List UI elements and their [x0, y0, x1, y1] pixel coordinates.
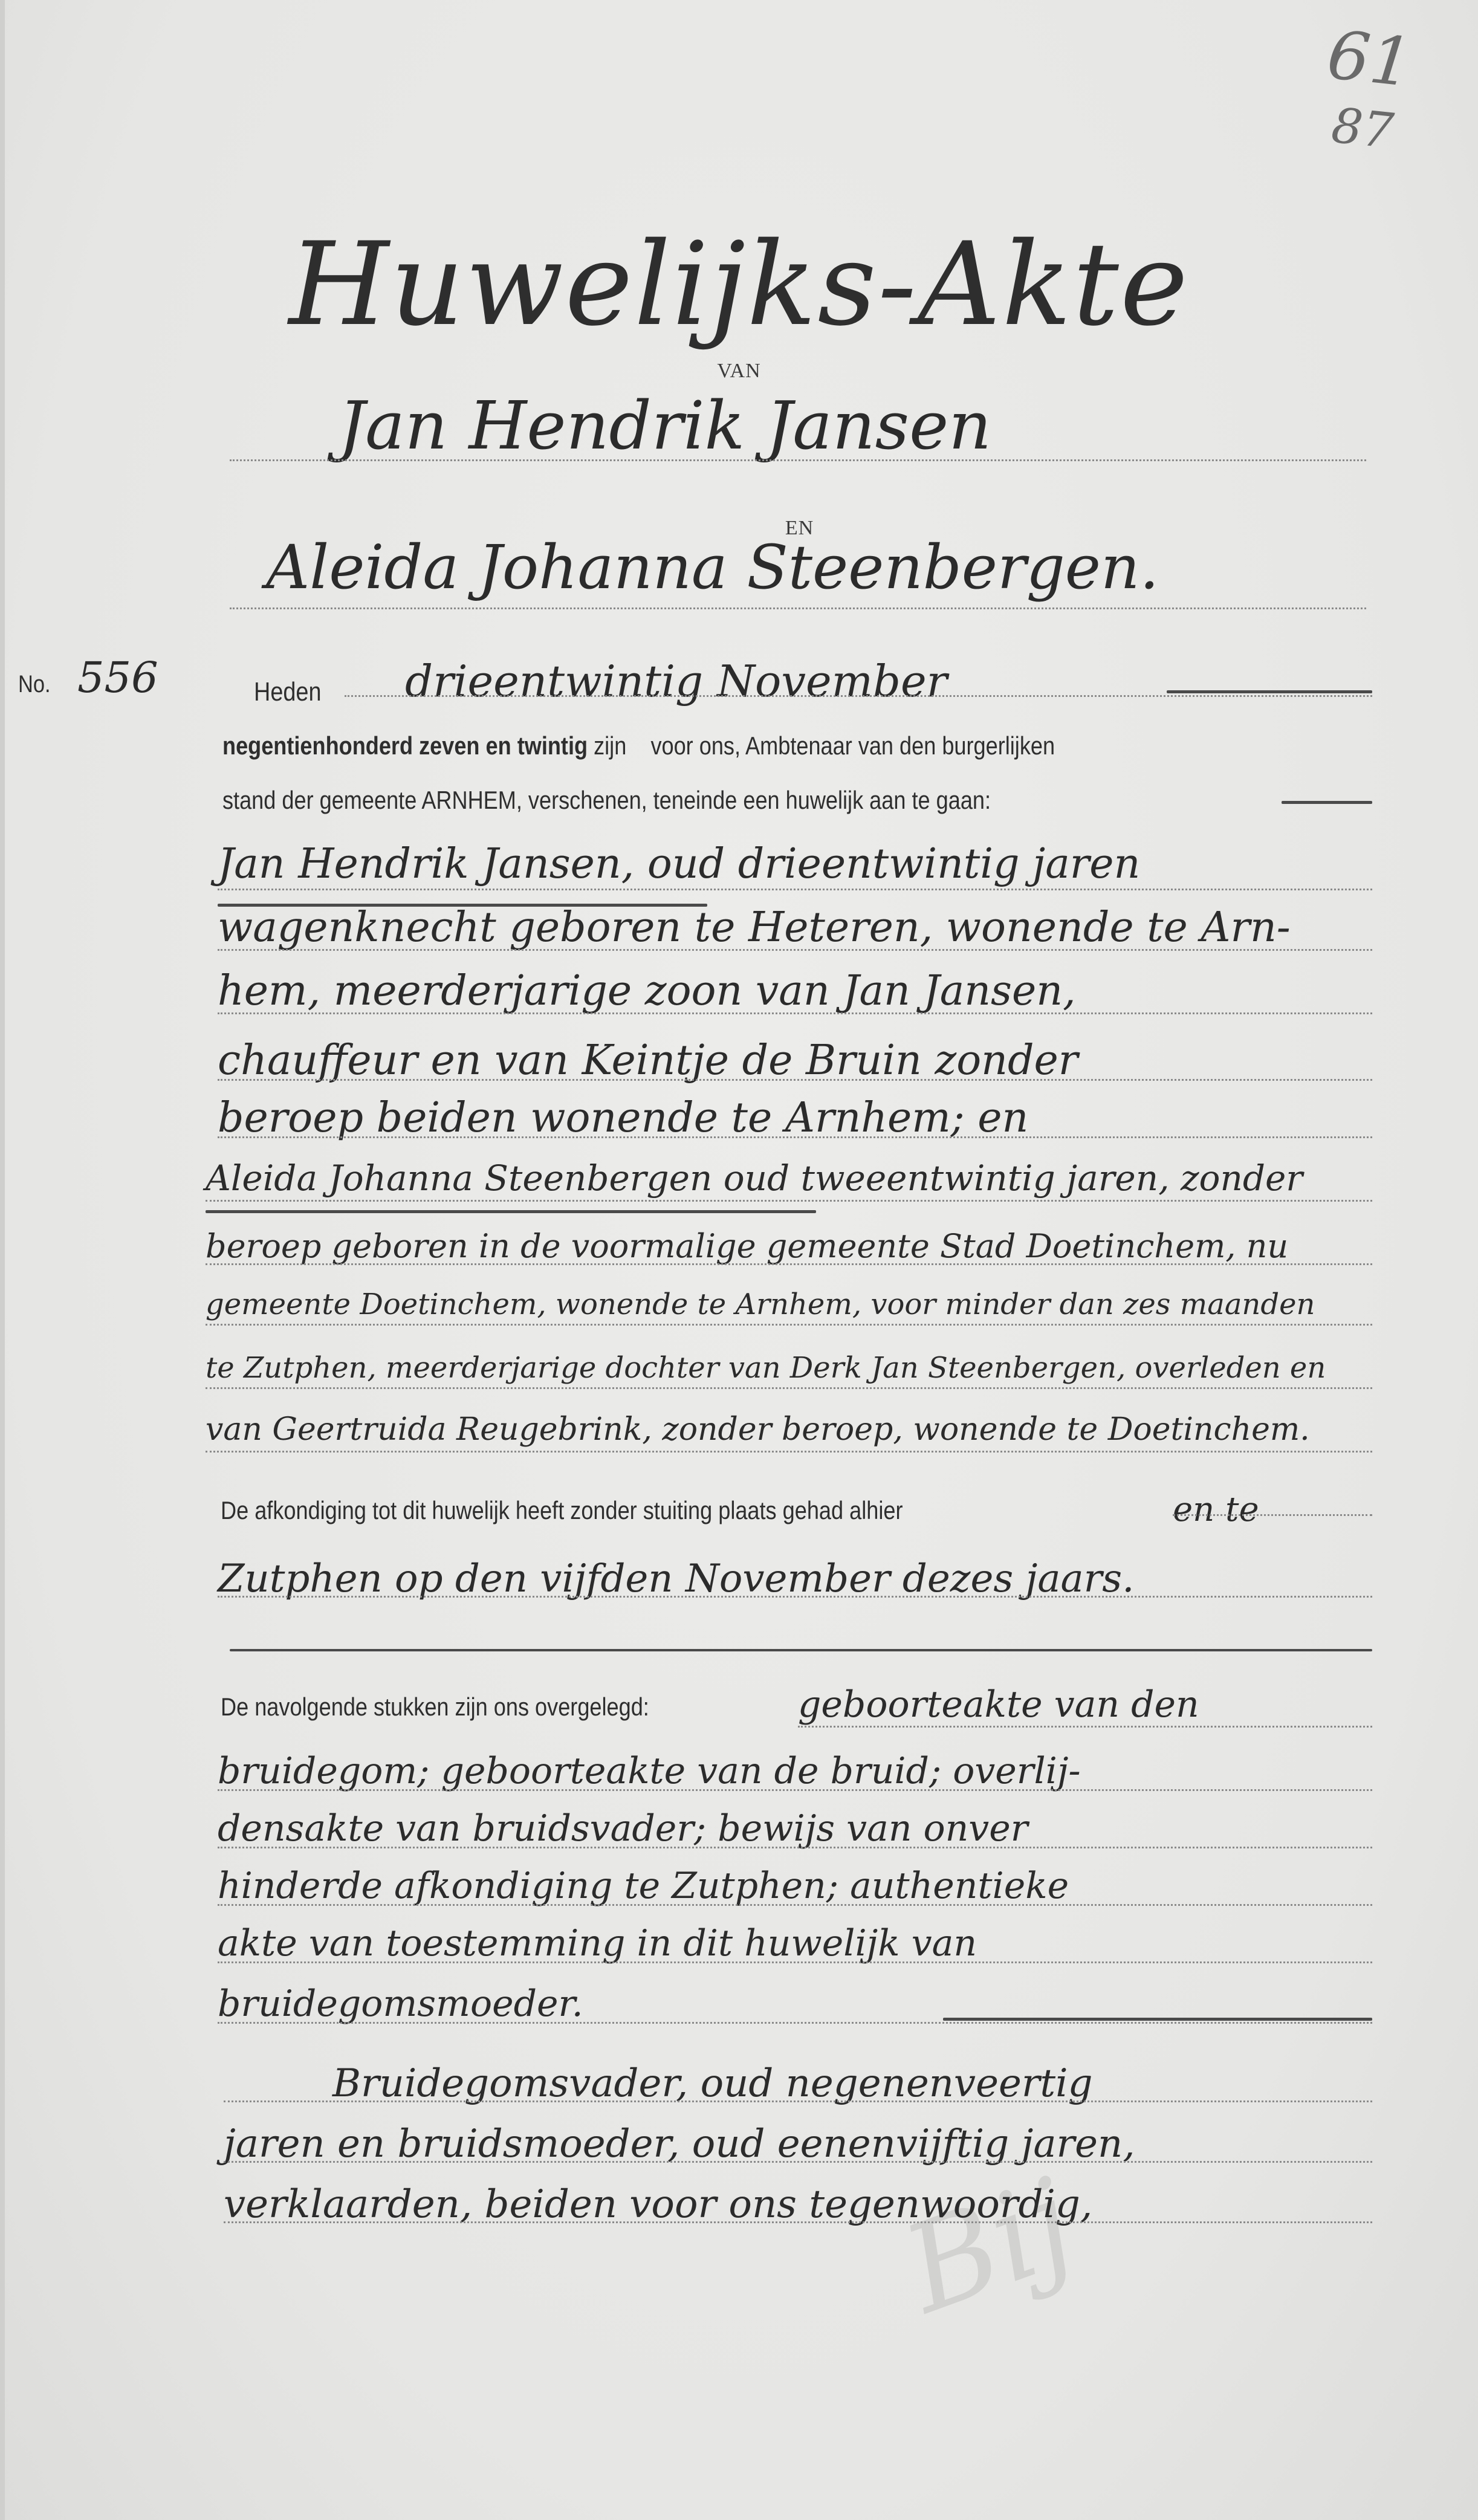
heden-label: Heden	[254, 677, 322, 707]
year-line: negentienhonderd zeven en twintig zijn v…	[222, 731, 1055, 760]
date-filler-line	[1167, 690, 1372, 693]
bride-rule	[230, 607, 1366, 609]
no-label: No.	[18, 671, 51, 698]
groom-rule	[230, 459, 1366, 461]
stukken-text: De navolgende stukken zijn ons overgeleg…	[221, 1692, 649, 1722]
arnhem-line: stand der gemeente ARNHEM, verschenen, t…	[222, 786, 991, 815]
van-label: VAN	[0, 360, 1478, 383]
line3-filler	[1282, 801, 1372, 804]
section-divider	[230, 1649, 1372, 1651]
bride-name: Aleida Johanna Steenbergen.	[266, 532, 1159, 603]
afkondiging-hand-1: en te	[1173, 1490, 1259, 1529]
date-handwritten: drieentwintig November	[405, 656, 947, 707]
page-title: Huwelijks-Akte	[0, 218, 1478, 351]
record-number: 556	[77, 653, 158, 702]
groom-name: Jan Hendrik Jansen	[339, 387, 991, 464]
afkondiging-text: De afkondiging tot dit huwelijk heeft zo…	[221, 1496, 903, 1525]
date-rule	[345, 695, 1372, 697]
afkondiging-hand-2: Zutphen op den vijfden November dezes ja…	[218, 1556, 1134, 1601]
bleed-through-signature: Bij	[887, 2152, 1091, 2340]
document-page: Bij 61 87 Huwelijks-Akte VAN Jan Hendrik…	[0, 0, 1478, 2520]
folio-number: 61 87	[1311, 19, 1421, 167]
